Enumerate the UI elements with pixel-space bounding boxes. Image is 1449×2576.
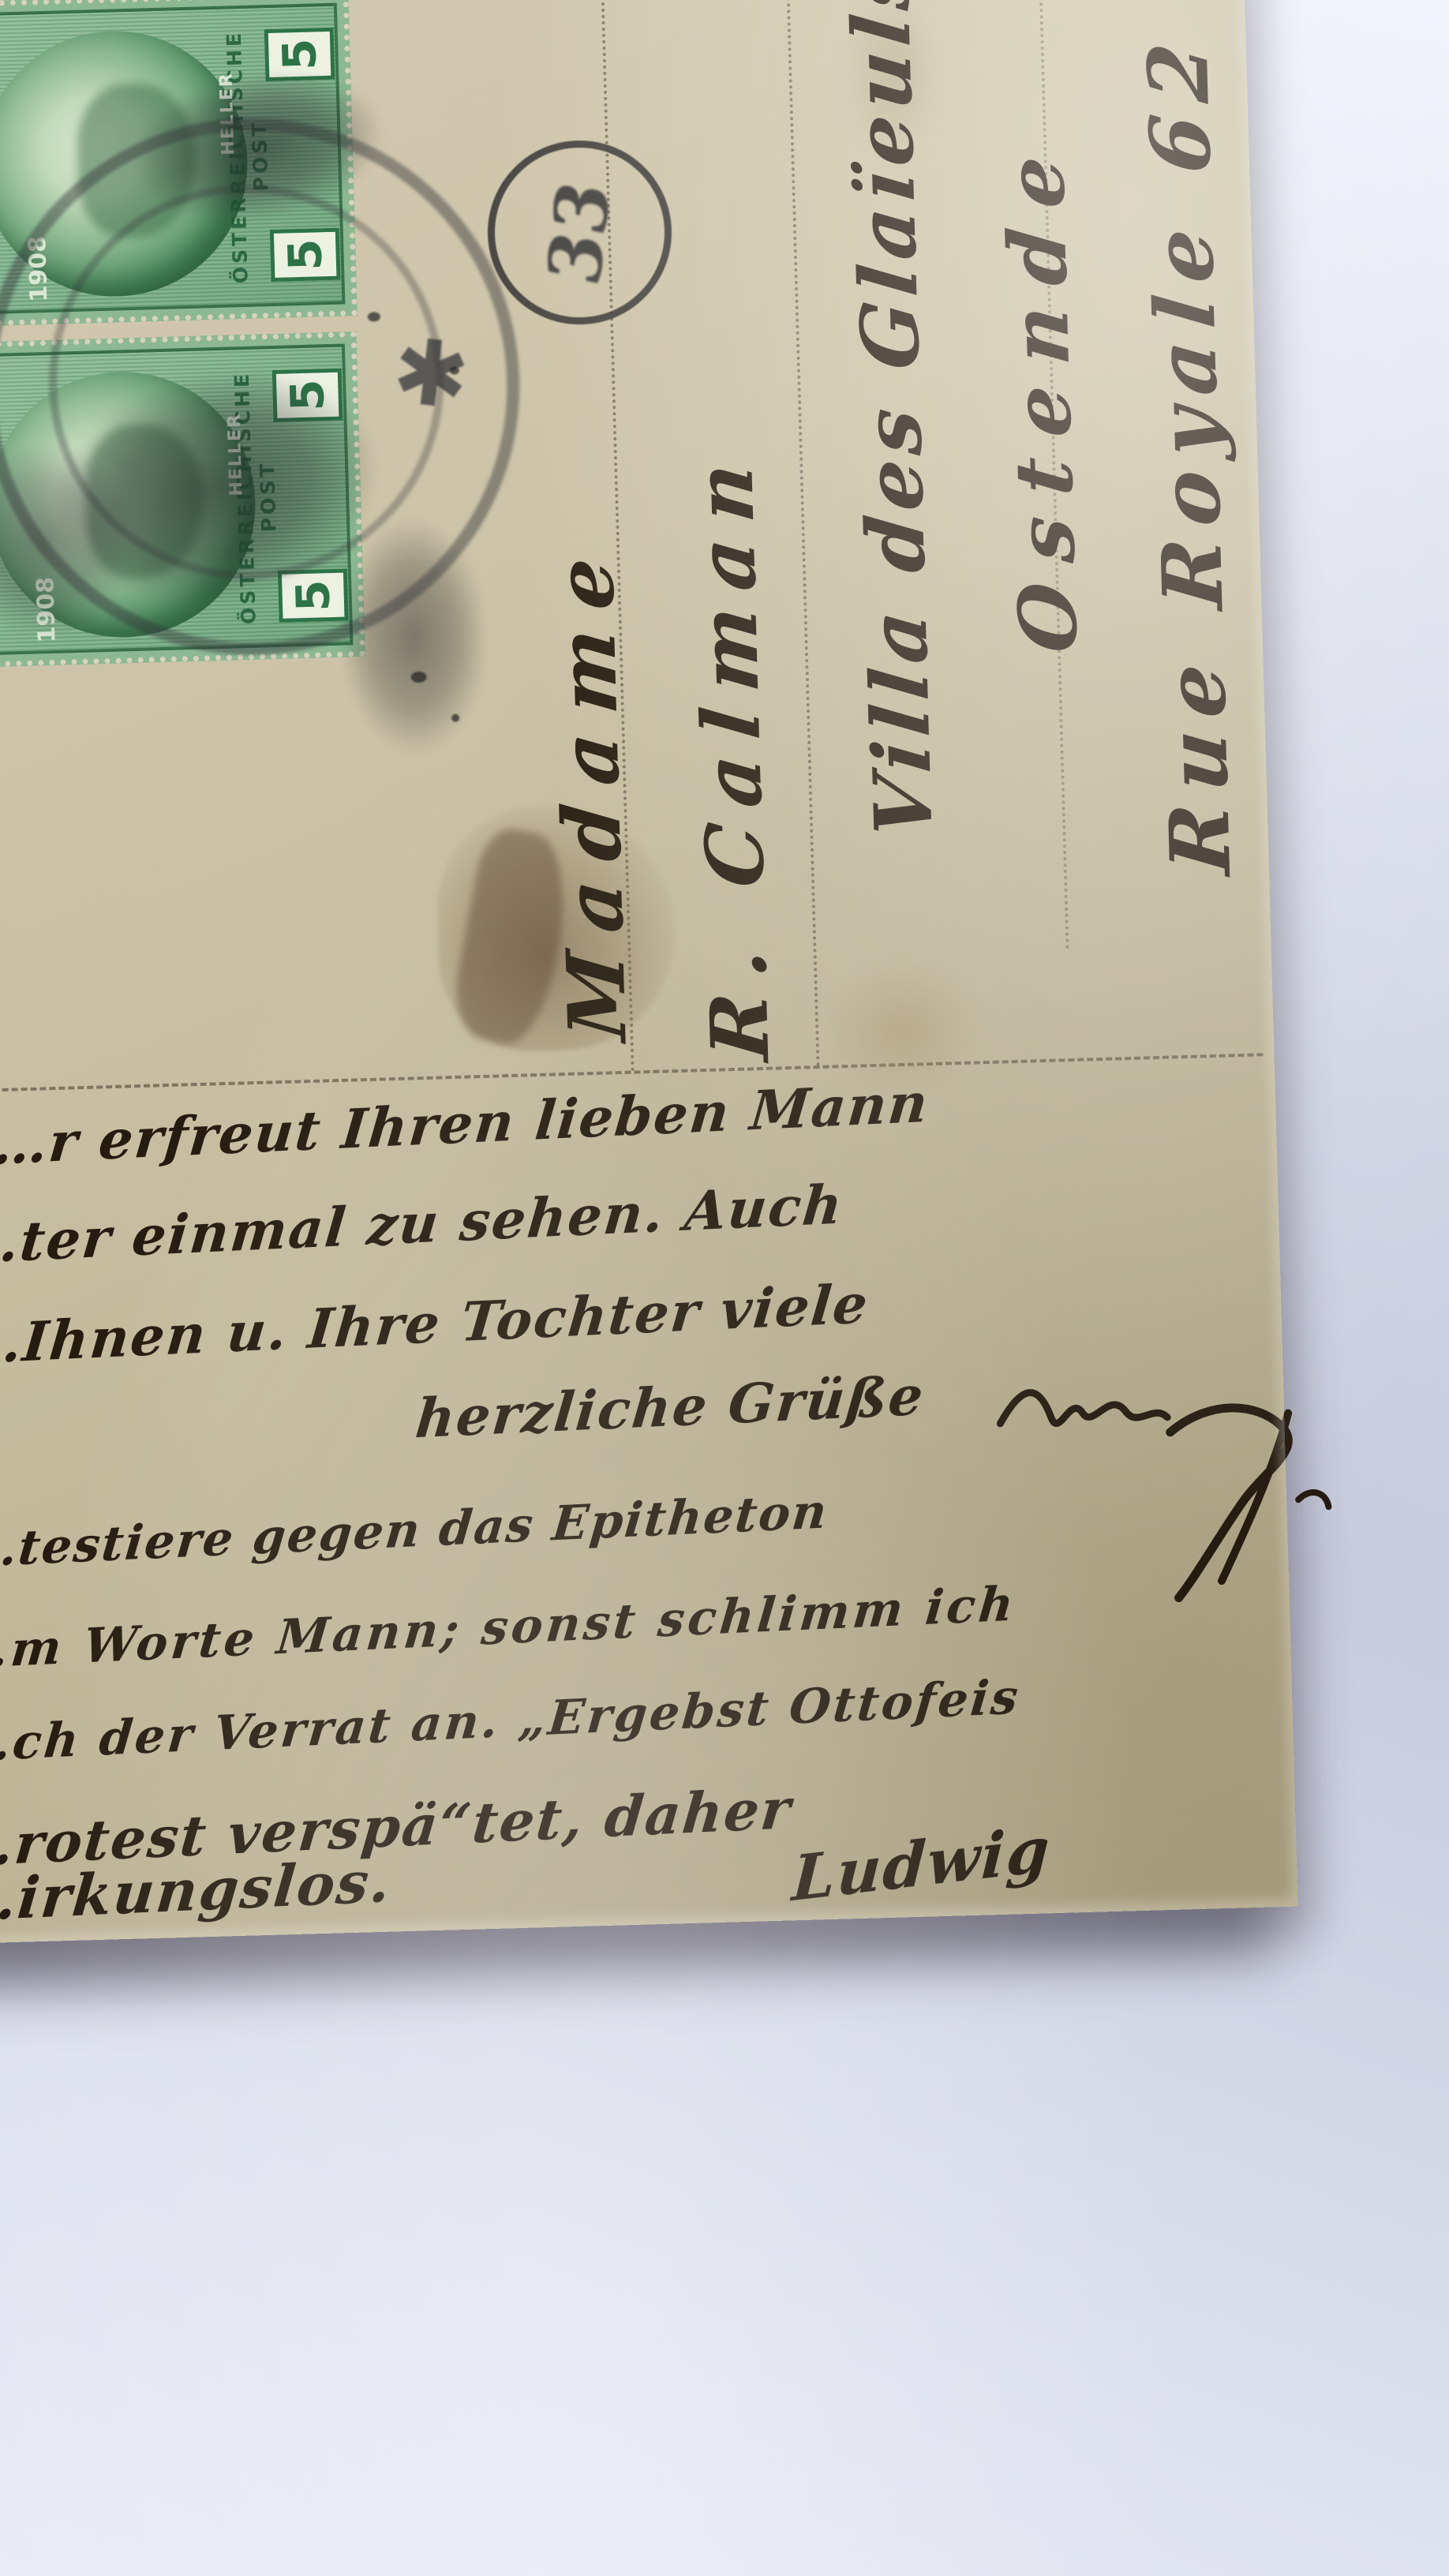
photo-background-paper: ÖSTERREICHISCHE POST KAISERLICHE KÖNIGLI… — [0, 0, 1449, 2576]
message-line: …ch der Verrat an. „Ergebst Ottofeis — [0, 1669, 1023, 1773]
rate-mark-circle: 33 — [485, 138, 674, 327]
address-line-madame: Madame — [537, 534, 645, 1044]
address-line-villa: Villa des Glaïeuls — [833, 0, 950, 842]
address-line-street: Rue Royale 62 — [1129, 25, 1249, 878]
message-line: herzliche Grüße — [413, 1365, 927, 1451]
address-line-city: Ostende — [988, 130, 1096, 656]
postcard: ÖSTERREICHISCHE POST KAISERLICHE KÖNIGLI… — [0, 0, 1298, 1945]
signature-ludwig: Ludwig — [790, 1813, 1053, 1915]
message-line: …testiere gegen das Epitheton — [0, 1484, 830, 1578]
message-line: …Ihnen u. Ihre Tochter viele — [0, 1272, 872, 1376]
message-line: …ter einmal zu sehen. Auch — [0, 1173, 846, 1276]
signature-flourish-icon — [1145, 1380, 1349, 1615]
message-line: …m Worte Mann; sonst schlimm ich — [0, 1576, 1019, 1679]
address-rule-line — [785, 0, 820, 1067]
address-line-name: R. Calman — [676, 442, 787, 1063]
postmark-asterisk-icon: ✱ — [388, 317, 475, 431]
rate-mark-value: 33 — [532, 173, 627, 292]
